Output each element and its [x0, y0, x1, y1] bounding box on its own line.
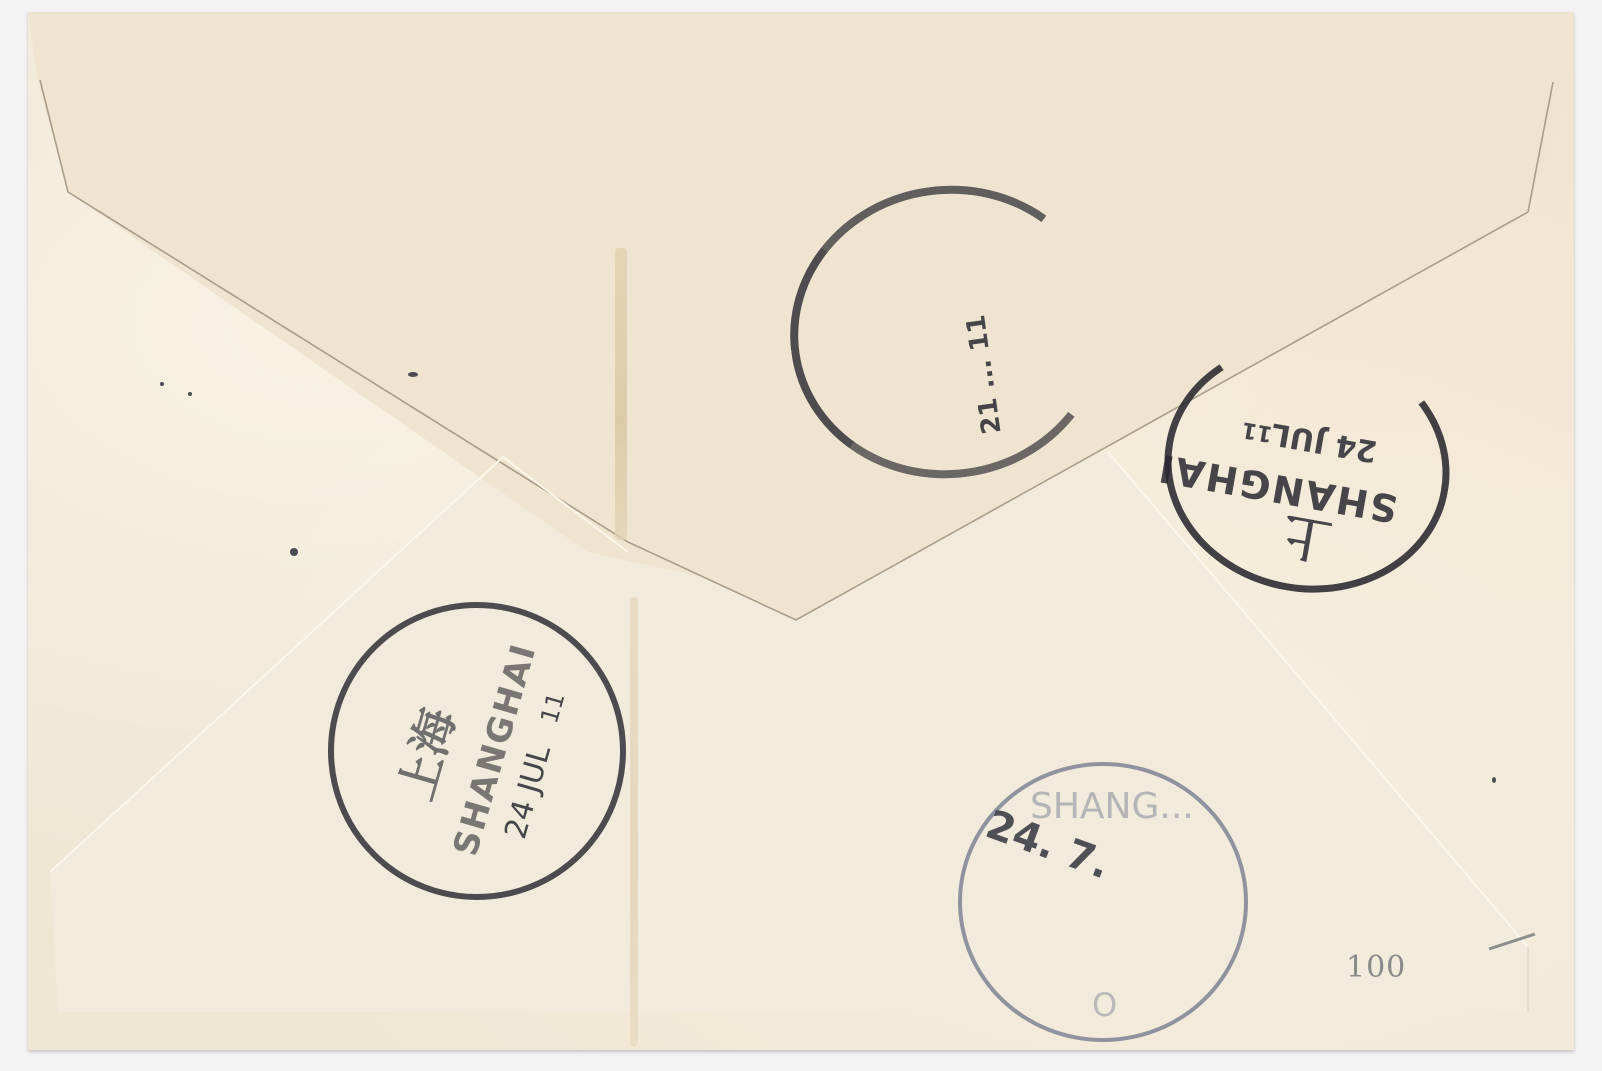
postmark-code: O	[1092, 986, 1117, 1024]
postmark-chinese: 上海	[380, 700, 469, 807]
ink-speck	[160, 382, 164, 386]
ink-speck	[290, 548, 298, 556]
ink-speck	[1492, 777, 1496, 783]
pencil-annotation: 100	[1346, 950, 1406, 985]
postmark-year: 11	[1240, 416, 1275, 446]
envelope-back: 21 ... 11 SHANGHAI 24 JUL 11 上 SHANGHAI …	[28, 12, 1574, 1050]
ink-speck	[188, 392, 192, 396]
postmark-lower-right: SHANG... 24. 7. O	[958, 762, 1248, 1042]
postmark-chinese: 上	[1276, 503, 1335, 579]
postmark-city: SHANG...	[1030, 786, 1194, 827]
postmark-lower-left: SHANGHAI 24 JUL 11 上海	[328, 602, 626, 900]
postmark-date: 21 ... 11	[961, 313, 1007, 436]
postmark-date: 24 JUL	[1269, 416, 1380, 469]
glue-stain	[615, 248, 627, 540]
postmark-year: 11	[535, 689, 570, 726]
ink-speck	[408, 372, 418, 377]
